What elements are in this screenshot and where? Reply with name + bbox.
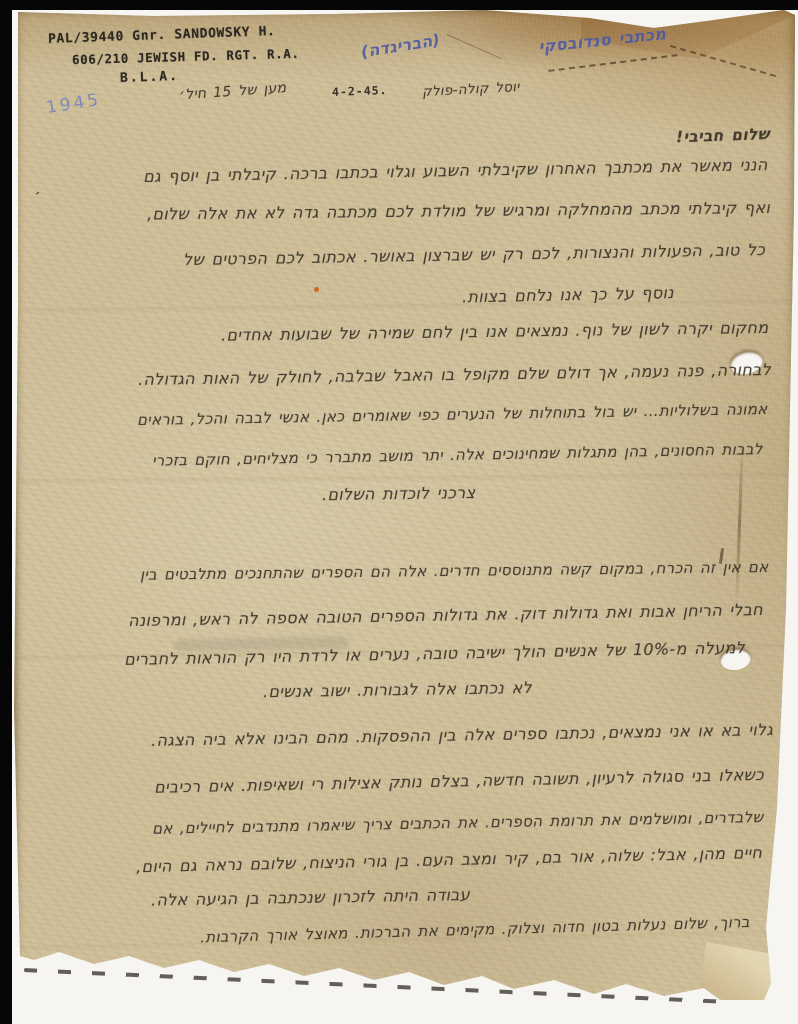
body-line: גלוי בא או אני נמצאים, נכתבו ספרים אלה ב…: [151, 720, 773, 750]
blue-archive-annotation-parenthetical: (הבריגדה): [360, 30, 442, 61]
body-line: אם אין זה הכרח, במקום קשה מתנוססים חדרים…: [140, 558, 769, 584]
crease-line: [548, 54, 677, 72]
body-line: חיים מהן, אבל: שלוה, אור בם, קיר ומצב הע…: [136, 843, 762, 876]
body-line: שלבדרים, ומושלמים את תרומת הספרים. את הכ…: [152, 808, 764, 838]
body-line: צרכני לוכדות השלום.: [322, 483, 476, 504]
crease-line: [670, 45, 776, 77]
crease-line: [446, 34, 501, 59]
sender-base: B.L.A.: [120, 69, 179, 86]
sender-unit: 606/210 JEWISH FD. RGT. R.A.: [72, 46, 300, 67]
letter-date: 4-2-45.: [332, 83, 388, 99]
body-line: כל טוב, הפעולות והנצורות, לכם רק יש שברצ…: [183, 240, 765, 269]
body-line: עבודה היתה לזכרון שנכתבה בן הגיעה אלה.: [151, 885, 470, 910]
hebrew-header-note: מען של 15 חיל׳: [178, 80, 286, 103]
wrinkle-band: [14, 299, 796, 318]
stray-ink-mark: ׳: [32, 186, 42, 205]
hebrew-name-line: יוסל קולה-פולק: [422, 79, 520, 100]
body-line: ואף קיבלתי מכתב מהמחלקה ומרגיש של מולדת …: [147, 198, 770, 224]
body-line: לא נכתבו אלה לגבורות. ישוב אנשים.: [263, 678, 532, 701]
year-pencil-annotation: 1945: [45, 90, 103, 118]
body-line: הנני מאשר את מכתבך האחרון שקיבלתי השבוע …: [143, 155, 768, 186]
vertical-crease: [735, 440, 744, 608]
body-line: לבחורה, פנה נעמה, אך דולם שלם מקופל בו ה…: [138, 360, 771, 389]
greeting-line: שלום חביבי!: [676, 125, 770, 146]
body-line: אמונה בשלוליות... יש בול בתוחלות של הנער…: [137, 400, 768, 429]
body-line: חבלי הריחן אבות ואת גדולות דוק. את גדולו…: [128, 600, 763, 630]
stain-speck: [314, 287, 319, 292]
body-line: לבבות החסונים, בהן מתגלות שמחינוכים אלה.…: [152, 440, 763, 470]
letter-sheet: ׳ PAL/39440 Gnr. SANDOWSKY H. 606/210 JE…: [14, 8, 796, 1012]
body-line: מחקום יקרה לשון של נוף. נמצאים אנו בין ל…: [220, 318, 768, 345]
sender-service-number: PAL/39440 Gnr. SANDOWSKY H.: [48, 24, 276, 47]
body-line: כשאלו בני סגולה לרעיון, תשובה חדשה, בצלם…: [154, 765, 764, 797]
scanned-letter-page: { "scan": { "frame_color": "#060606", "b…: [0, 0, 798, 1024]
